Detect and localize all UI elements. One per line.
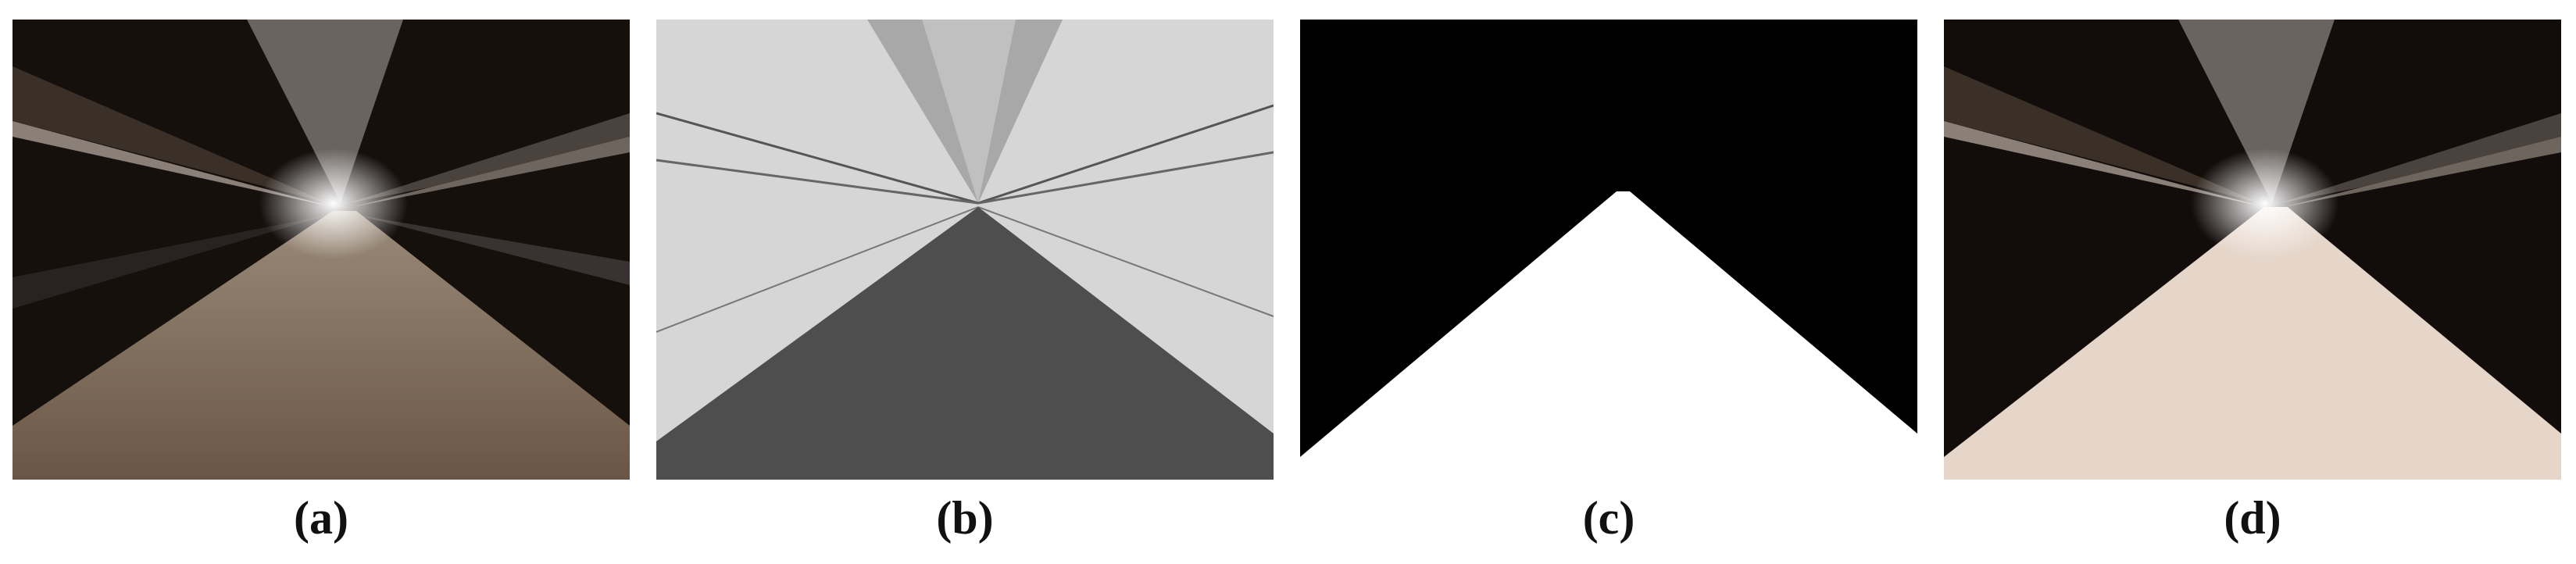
caption-d: (d) — [1944, 491, 2561, 545]
panel-a-original-image — [13, 20, 630, 480]
panel-b-inverted-image — [656, 20, 1274, 480]
caption-a: (a) — [13, 491, 630, 545]
panel-c-binary-mask — [1300, 20, 1917, 480]
overlay-photo — [1944, 20, 2561, 480]
caption-c: (c) — [1300, 491, 1917, 545]
caption-b: (b) — [656, 491, 1274, 545]
walkway-mask — [1300, 20, 1917, 480]
aisle-photo — [13, 20, 630, 480]
inverted-photo — [656, 20, 1274, 480]
panel-d-segmented-overlay — [1944, 20, 2561, 480]
